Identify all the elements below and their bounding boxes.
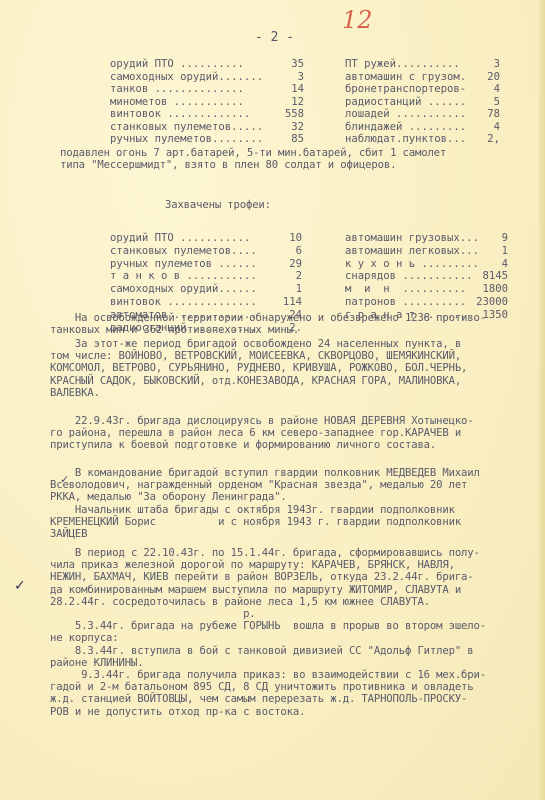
handwritten-page-number: 12 (342, 6, 373, 34)
table-label: блиндажей ......... (345, 122, 466, 133)
paragraph-line: КРЕМЕНЕЦКИЙ Борис и с ноября 1943 г. гва… (50, 517, 461, 528)
table-label: автомашин грузовых... (345, 233, 479, 244)
paragraph-line: ВАЛЕВКА. (50, 388, 100, 399)
table-label: т а н к о в ........... (110, 271, 257, 282)
paragraph-line: Всеволодович, награжденный орденом "Крас… (50, 480, 467, 491)
table-value: 85 (264, 134, 304, 145)
paragraph-line: РОВ и не допустить отход пр-ка с востока… (50, 707, 305, 718)
paragraph-line: 28.2.44г. сосредоточилась в районе леса … (50, 597, 430, 608)
table-label: орудий ПТО ........... (110, 233, 250, 244)
margin-checkmark: ✓ (14, 578, 26, 594)
paragraph-line: приступила к боевой подготовке и формиро… (50, 440, 436, 451)
page-number: - 2 - (255, 30, 294, 45)
table-label: танков .............. (110, 84, 244, 95)
table-label: самоходных орудий....... (110, 72, 263, 83)
trophies-heading: Захвачены трофеи: (165, 200, 271, 211)
table-label: снарядов ........... (345, 271, 473, 282)
paragraph-line: За этот-же период бригадой освобождено 2… (50, 339, 461, 350)
paragraph-line: В период с 22.10.43г. по 15.1.44г. брига… (50, 548, 480, 559)
table-label: лошадей ........... (345, 109, 466, 120)
table-value: 9 (468, 233, 508, 244)
paragraph-line: р. (50, 609, 256, 620)
paragraph-line: танковых мин и 362 противопехотных мины. (50, 325, 299, 336)
summary-line: подавлен огонь 7 арт.батарей, 5-ти мин.б… (60, 148, 446, 159)
table-label: ручных пулеметов........ (110, 134, 263, 145)
table-value: 14 (264, 84, 304, 95)
paragraph-line: КОМСОМОЛ, ВЕТРОВО, СУРЬЯНИНО, РУДНЕВО, К… (50, 363, 467, 374)
table-label: наблюдат.пунктов... (345, 134, 466, 145)
table-label: ручных пулеметов ...... (110, 259, 257, 270)
table-value: 1800 (468, 284, 508, 295)
paragraph-line: 9.3.44г. бригада получила приказ: во вза… (50, 670, 486, 681)
table-label: станковых пулеметов..... (110, 122, 263, 133)
table-value: 1 (262, 284, 302, 295)
table-value: 558 (264, 109, 304, 120)
paragraph-line: 5.3.44г. бригада на рубеже ГОРЫНЬ вошла … (50, 621, 486, 632)
table-label: станковых пулеметов.... (110, 246, 257, 257)
table-label: самоходных орудий...... (110, 284, 257, 295)
paragraph-line: да комбинированным маршем выступила по м… (50, 585, 461, 596)
table-label: м и н .......... (345, 284, 466, 295)
table-value: 114 (262, 297, 302, 308)
table-value: 12 (264, 97, 304, 108)
table-label: патронов .......... (345, 297, 466, 308)
table-value: 4 (468, 259, 508, 270)
table-value: 4 (460, 84, 500, 95)
paragraph-line: том числе: ВОЙНОВО, ВЕТРОВСКИЙ, МОИСЕЕВК… (50, 351, 461, 362)
table-label: минометов ........... (110, 97, 244, 108)
paragraph-line: КРАСНЫЙ САДОК, БЫКОВСКИЙ, отд.КОНЕЗАВОДА… (50, 376, 461, 387)
paragraph-line: На освобожденной территории обнаружено и… (50, 313, 486, 324)
table-value: 3 (264, 72, 304, 83)
paragraph-line: гадой и 2-м батальоном 895 СД, 8 СД унич… (50, 682, 474, 693)
paragraph-line: районе КЛИНИНЫ. (50, 658, 143, 669)
table-label: орудий ПТО .......... (110, 59, 244, 70)
table-label: ПТ ружей.......... (345, 59, 460, 70)
document-page: 12 - 2 - орудий ПТО ..........35самоходн… (0, 0, 545, 800)
paragraph-line: НЕЖИН, БАХМАЧ, КИЕВ перейти в район ВОРЗ… (50, 572, 474, 583)
table-label: бронетранспортеров- (345, 84, 466, 95)
paragraph-line: Начальник штаба бригады с октября 1943г.… (50, 505, 455, 516)
table-label: винтовок .............. (110, 297, 257, 308)
table-value: 4 (460, 122, 500, 133)
paragraph-line: 8.3.44г. вступила в бой с танковой дивиз… (50, 646, 474, 657)
table-value: 8145 (468, 271, 508, 282)
table-value: 29 (262, 259, 302, 270)
summary-line: типа "Мессершмидт", взято в плен 80 солд… (60, 160, 396, 171)
table-label: к у х о н ь ......... (345, 259, 479, 270)
table-value: 5 (460, 97, 500, 108)
table-label: винтовок ............. (110, 109, 250, 120)
table-value: 1 (468, 246, 508, 257)
table-value: 35 (264, 59, 304, 70)
table-value: 20 (460, 72, 500, 83)
paragraph-line: не корпуса: (50, 633, 119, 644)
paragraph-line: ЗАЙЦЕВ (50, 529, 87, 540)
margin-tick-mark: ✓ (60, 473, 69, 486)
table-value: 10 (262, 233, 302, 244)
paragraph-line: чила приказ железной дорогой по маршруту… (50, 560, 455, 571)
paragraph-line: ж.д. станцией ВОЙТОВЦЫ, чем самым перере… (50, 694, 467, 705)
table-value: 23000 (468, 297, 508, 308)
table-value: 2, (460, 134, 500, 145)
table-value: 78 (460, 109, 500, 120)
table-value: 6 (262, 246, 302, 257)
table-label: автомашин с грузом. (345, 72, 466, 83)
paragraph-line: В командование бригадой вступил гвардии … (50, 468, 480, 479)
paragraph-line: го района, перешла в район леса 6 км сев… (50, 428, 461, 439)
paragraph-line: 22.9.43г. бригада дислоцируясь в районе … (50, 416, 474, 427)
table-value: 32 (264, 122, 304, 133)
table-value: 2 (262, 271, 302, 282)
table-label: радиостанций ...... (345, 97, 466, 108)
paragraph-line: РККА, медалью "За оборону Ленинграда". (50, 492, 287, 503)
table-label: автомашин легковых... (345, 246, 479, 257)
page-edge (539, 0, 545, 800)
table-value: 3 (460, 59, 500, 70)
